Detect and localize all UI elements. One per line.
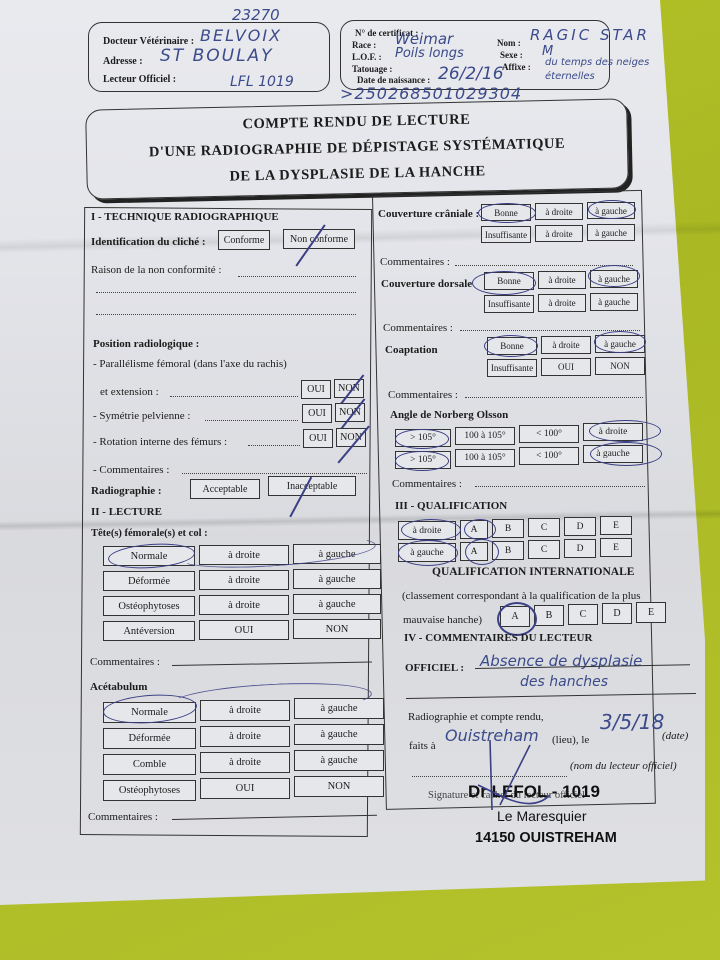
intl-note-1: (classement correspondant à la qualifica…	[402, 590, 641, 602]
tete-commentaires-label: Commentaires :	[90, 656, 160, 668]
tete-option[interactable]: Ostéophytoses	[103, 596, 195, 616]
address-label: Adresse :	[103, 56, 143, 67]
tete-label: Tête(s) fémorale(s) et col :	[91, 528, 208, 539]
section-2-heading: II - LECTURE	[91, 506, 162, 518]
craniale-commentaires-label: Commentaires :	[380, 256, 450, 268]
coaptation-commentaires-field[interactable]	[465, 397, 643, 398]
tete-option[interactable]: à droite	[199, 570, 289, 590]
selection-circle	[590, 442, 662, 466]
tete-option[interactable]: Déformée	[103, 571, 195, 591]
affix-label: Affixe :	[502, 62, 531, 72]
intl-grade-option[interactable]: B	[534, 605, 564, 626]
reader-value: LFL 1019	[230, 74, 294, 90]
dorsale-option[interactable]: à droite	[538, 271, 586, 289]
acetabulum-commentaires-label: Commentaires :	[88, 811, 158, 823]
stamp-city: 14150 OUISTREHAM	[475, 830, 617, 846]
selection-circle	[395, 451, 449, 471]
coaptation-commentaires-label: Commentaires :	[388, 389, 458, 401]
intl-grade-option[interactable]: D	[602, 603, 632, 624]
norberg-option[interactable]: < 100°	[519, 447, 579, 465]
acetabulum-option[interactable]: Comble	[103, 754, 196, 775]
craniale-option[interactable]: Insuffisante	[481, 226, 531, 243]
acetabulum-option[interactable]: Déformée	[103, 728, 196, 749]
conforme-option[interactable]: Conforme	[218, 230, 270, 250]
coaptation-label: Coaptation	[385, 344, 438, 356]
dob-value: 26/2/16	[438, 64, 504, 84]
selection-circle	[398, 540, 458, 566]
nom-label: (nom du lecteur officiel)	[570, 760, 677, 772]
dorsale-commentaires-label: Commentaires :	[383, 322, 453, 334]
selection-circle	[478, 203, 536, 223]
selection-circle	[588, 265, 640, 287]
rotation-label: - Rotation interne des fémurs :	[93, 436, 227, 448]
date-label: (date)	[662, 730, 688, 742]
selection-circle	[464, 519, 496, 540]
acetabulum-option[interactable]: Ostéophytoses	[103, 780, 196, 801]
acetabulum-option[interactable]: NON	[294, 776, 384, 797]
intl-grade-option[interactable]: C	[568, 604, 598, 625]
address-value: ST BOULAY	[160, 46, 274, 66]
acetabulum-option[interactable]: à gauche	[294, 750, 384, 771]
rotation-oui[interactable]: OUI	[303, 429, 333, 448]
qualification-option[interactable]: D	[564, 517, 596, 536]
section-3-heading: III - QUALIFICATION	[395, 500, 507, 512]
radiographie-line: Radiographie et compte rendu,	[408, 711, 544, 723]
acetabulum-option[interactable]: OUI	[200, 778, 290, 799]
title-line-3: DE LA DYSPLASIE DE LA HANCHE	[87, 160, 627, 188]
tete-option[interactable]: OUI	[199, 620, 289, 640]
symetrie-dots	[205, 420, 298, 421]
name-label: Nom :	[497, 38, 521, 48]
extension-dots	[170, 396, 298, 397]
title-box: COMPTE RENDU DE LECTURE D'UNE RADIOGRAPH…	[85, 98, 629, 199]
craniale-option[interactable]: à droite	[535, 203, 583, 220]
section-4-heading: IV - COMMENTAIRES DU LECTEUR	[404, 632, 592, 644]
qualification-option[interactable]: B	[492, 519, 524, 538]
extension-label: et extension :	[100, 386, 159, 398]
couverture-craniale-label: Couverture crâniale :	[378, 208, 479, 220]
affix-value: du temps des neiges éternelles	[545, 56, 655, 84]
rotation-dots	[248, 445, 300, 446]
acetabulum-label: Acétabulum	[90, 681, 147, 693]
acetabulum-option[interactable]: à droite	[200, 752, 290, 773]
faits-a-label: faits à	[409, 740, 436, 752]
symetrie-label: - Symétrie pelvienne :	[93, 410, 190, 422]
name-value: RAGIC STAR	[530, 26, 650, 44]
raison-field[interactable]	[238, 276, 356, 277]
raison-label: Raison de la non conformité :	[91, 264, 221, 276]
symetrie-non[interactable]: NON	[335, 403, 365, 422]
title-line-2: D'UNE RADIOGRAPHIE DE DÉPISTAGE SYSTÉMAT…	[87, 134, 627, 162]
tete-option[interactable]: à gauche	[293, 569, 381, 589]
acceptable-option[interactable]: Acceptable	[190, 479, 260, 499]
norberg-option[interactable]: 100 à 105°	[455, 449, 515, 467]
acetabulum-option[interactable]: à gauche	[294, 724, 384, 745]
norberg-commentaires-label: Commentaires :	[392, 478, 462, 490]
comment-line-2: des hanches	[520, 674, 608, 690]
intl-grade-option[interactable]: E	[636, 602, 666, 623]
norberg-option[interactable]: < 100°	[519, 425, 579, 443]
tattoo-label: Tatouage :	[352, 64, 392, 74]
symetrie-oui[interactable]: OUI	[302, 404, 332, 423]
extension-oui[interactable]: OUI	[301, 380, 331, 399]
section-1-heading: I - TECHNIQUE RADIOGRAPHIQUE	[91, 211, 279, 223]
selection-circle	[589, 420, 661, 442]
qualification-option[interactable]: C	[528, 518, 560, 537]
commentaires-field[interactable]	[182, 473, 367, 474]
lof-label: L.O.F. :	[352, 52, 382, 62]
signature-icon	[470, 735, 560, 825]
raison-field-line[interactable]	[96, 314, 356, 315]
vet-value: BELVOIX	[200, 26, 282, 45]
date-value: 3/5/18	[600, 710, 664, 734]
selection-circle	[401, 519, 461, 541]
qualification-option[interactable]: E	[600, 538, 632, 557]
extension-non[interactable]: NON	[334, 379, 364, 398]
raison-field-line[interactable]	[96, 292, 356, 293]
coaptation-option[interactable]: NON	[595, 357, 645, 375]
title-line-1: COMPTE RENDU DE LECTURE	[86, 108, 626, 136]
selection-circle	[497, 602, 537, 636]
tete-option[interactable]: à droite	[199, 595, 289, 615]
qualification-option[interactable]: D	[564, 539, 596, 558]
race-label: Race :	[352, 40, 376, 50]
lof-value: Poils longs	[395, 46, 464, 61]
craniale-option[interactable]: à gauche	[587, 224, 635, 241]
norberg-option[interactable]: 100 à 105°	[455, 427, 515, 445]
tete-option[interactable]: Antéversion	[103, 621, 195, 641]
qualification-option[interactable]: E	[600, 516, 632, 535]
selection-circle	[472, 271, 536, 295]
position-label: Position radiologique :	[93, 338, 199, 350]
selection-circle	[484, 335, 538, 357]
tete-option[interactable]: à gauche	[293, 594, 381, 614]
selection-circle	[465, 539, 499, 565]
commentaires-label: - Commentaires :	[93, 464, 169, 476]
acetabulum-option[interactable]: à droite	[200, 726, 290, 747]
dorsale-option[interactable]: Insuffisante	[484, 295, 534, 313]
intl-note-2: mauvaise hanche)	[403, 614, 482, 626]
qualification-option[interactable]: C	[528, 540, 560, 559]
reader-label: Lecteur Officiel :	[103, 74, 176, 85]
officiel-label: OFFICIEL :	[405, 662, 464, 674]
intl-heading: QUALIFICATION INTERNATIONALE	[432, 566, 634, 578]
selection-circle	[588, 200, 636, 219]
parallelisme-label: - Parallélisme fémoral (dans l'axe du ra…	[93, 358, 287, 370]
coaptation-option[interactable]: à droite	[541, 336, 591, 354]
coaptation-option[interactable]: OUI	[541, 358, 591, 376]
tete-option[interactable]: NON	[293, 619, 381, 639]
sex-label: Sexe :	[500, 50, 523, 60]
inacceptable-option[interactable]: Inacceptable	[268, 476, 356, 496]
norberg-commentaires-field[interactable]	[475, 486, 645, 487]
couverture-dorsale-label: Couverture dorsale	[381, 278, 472, 290]
craniale-option[interactable]: à droite	[535, 225, 583, 242]
selection-circle	[395, 429, 449, 449]
dorsale-option[interactable]: à gauche	[590, 293, 638, 311]
coaptation-option[interactable]: Insuffisante	[487, 359, 537, 377]
dorsale-option[interactable]: à droite	[538, 294, 586, 312]
selection-circle	[594, 331, 646, 353]
radiographie-label: Radiographie :	[91, 485, 162, 497]
norberg-label: Angle de Norberg Olsson	[390, 409, 508, 421]
identification-label: Identification du cliché :	[91, 236, 206, 248]
